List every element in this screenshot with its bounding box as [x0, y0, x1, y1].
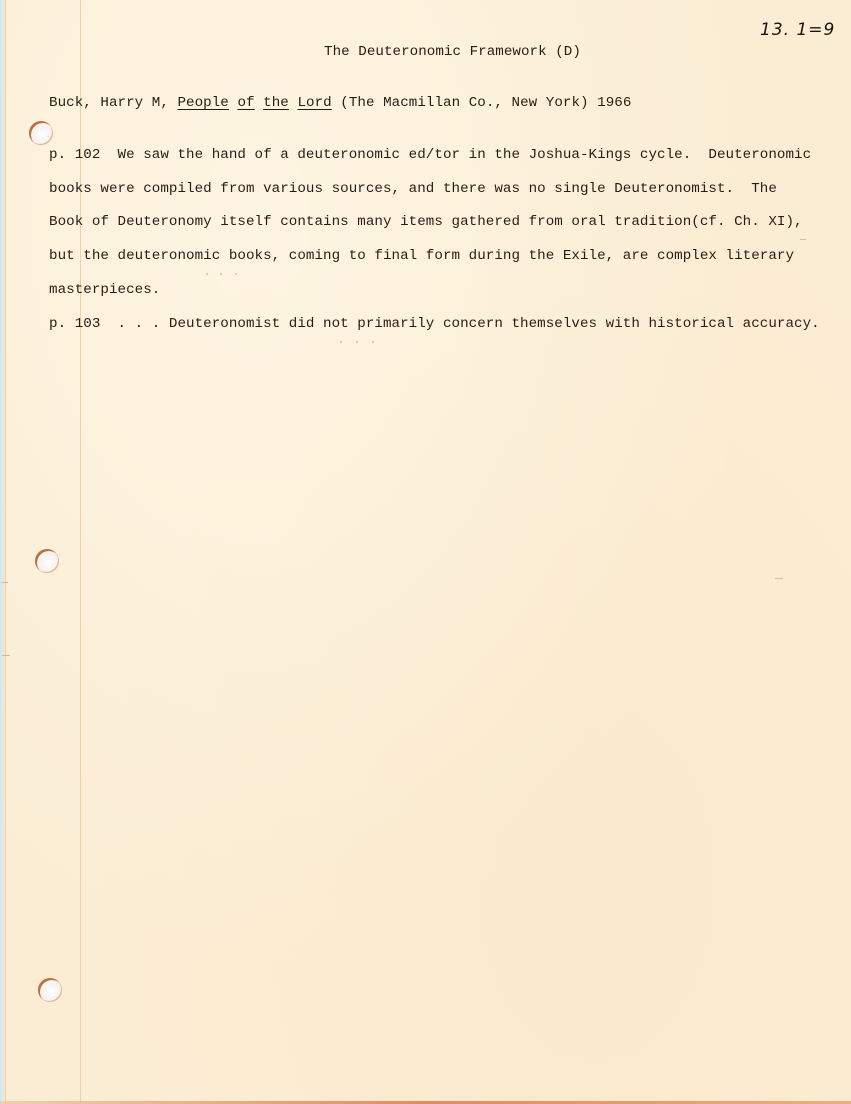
citation-author: Buck, Harry M, [49, 95, 177, 111]
paper-speck [2, 655, 10, 656]
paper-speck [235, 273, 237, 275]
bibliographic-citation: Buck, Harry M, People of the Lord (The M… [49, 95, 631, 111]
citation-title-word: the [263, 95, 289, 111]
document-title: The Deuteronomic Framework (D) [324, 44, 581, 60]
paper-edge-line [5, 0, 6, 1104]
margin-line [80, 0, 81, 1104]
text-line: but the deuteronomic books, coming to fi… [49, 248, 794, 264]
punch-hole-icon [35, 549, 59, 573]
citation-title-word: Lord [297, 95, 331, 111]
citation-publisher: (The Macmillan Co., New York) 1966 [332, 95, 632, 111]
paper-speck [2, 582, 8, 583]
citation-title-word: of [237, 95, 254, 111]
paper-speck [340, 341, 342, 343]
paper-speck [356, 341, 358, 343]
paper-speck [775, 578, 783, 579]
text-line: Book of Deuteronomy itself contains many… [49, 214, 803, 230]
punch-hole-icon [38, 978, 62, 1002]
handwritten-page-number: 13. 1=9 [760, 20, 835, 40]
text-line: books were compiled from various sources… [49, 181, 777, 197]
paper-speck [220, 273, 222, 275]
paper-speck [800, 239, 806, 240]
text-line: masterpieces. [49, 282, 160, 298]
paper-speck [206, 273, 208, 275]
document-page: 13. 1=9 The Deuteronomic Framework (D) B… [0, 0, 851, 1104]
citation-title-word: People [177, 95, 228, 111]
text-line: p. 103 . . . Deuteronomist did not prima… [49, 316, 820, 332]
text-line: p. 102 We saw the hand of a deuteronomic… [49, 147, 811, 163]
punch-hole-icon [29, 121, 53, 145]
paper-speck [372, 341, 374, 343]
